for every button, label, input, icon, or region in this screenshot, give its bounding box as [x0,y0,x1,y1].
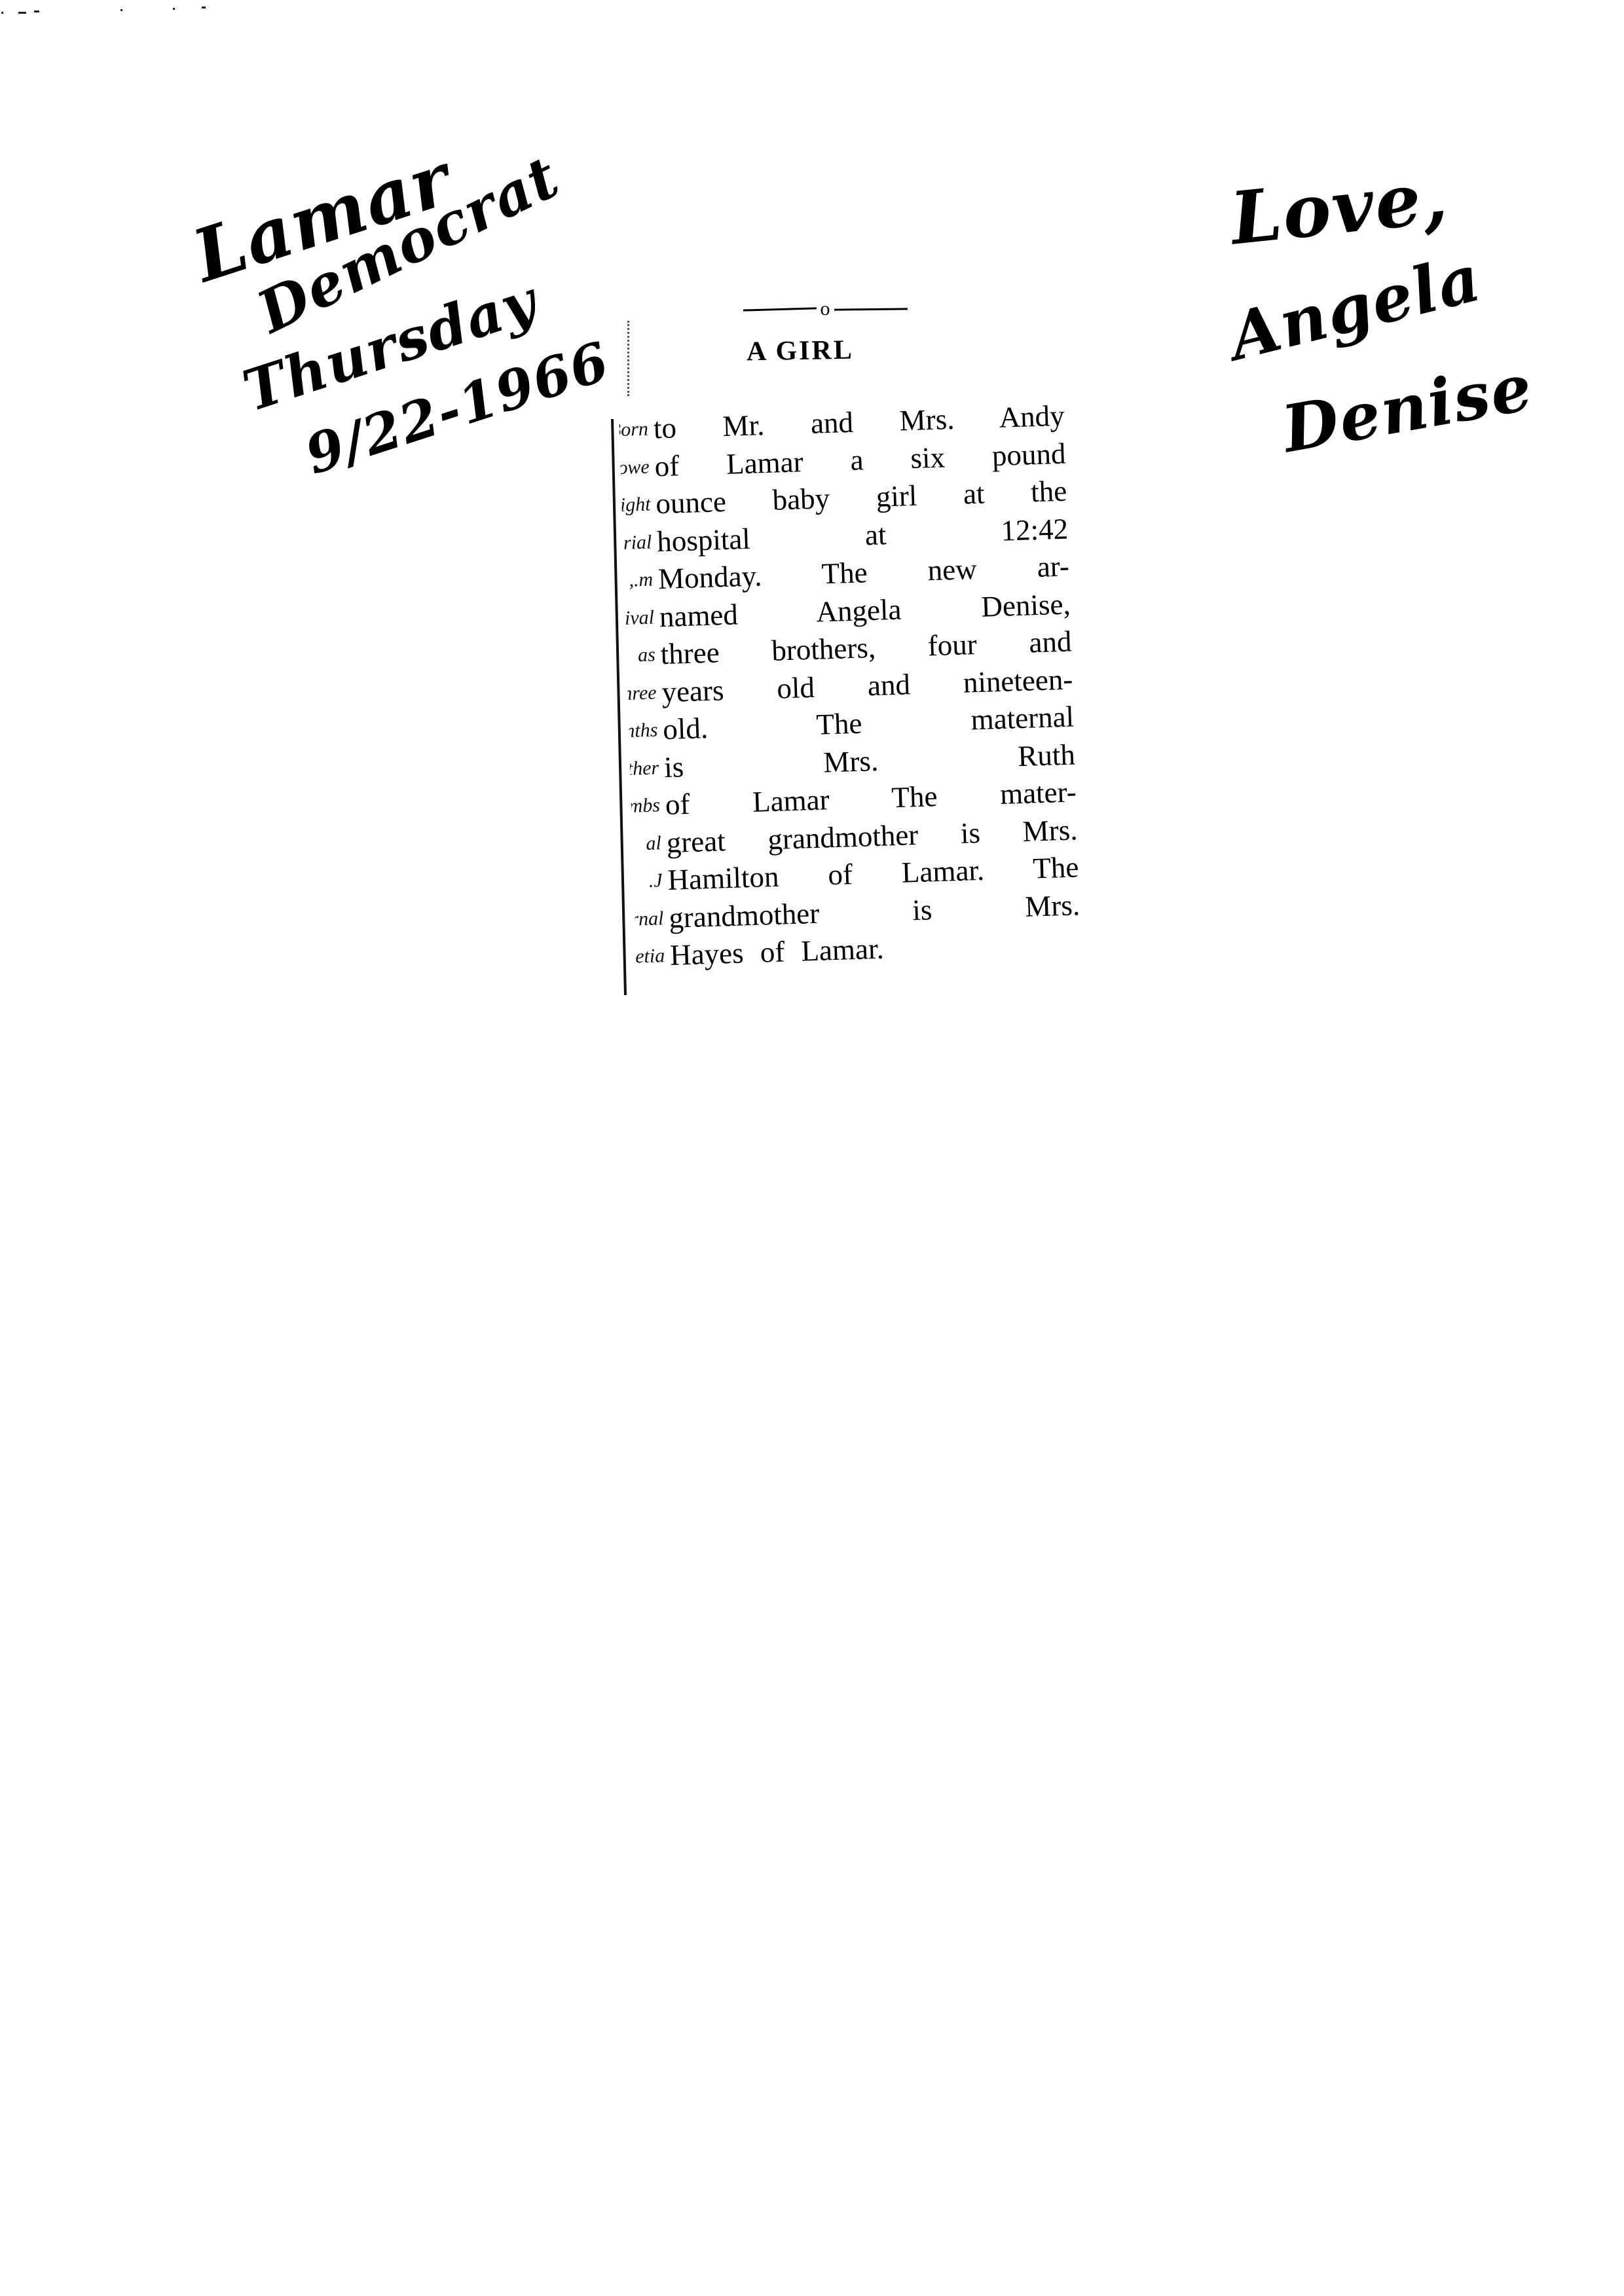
cut-off-word: ombs. [631,786,661,825]
section-divider: o [743,296,907,322]
handwritten-signature-note: Love, Angela Denise [1231,157,1519,484]
cut-off-word: ight [621,486,652,524]
clipping-cut-edge [627,321,631,396]
cut-off-word: m., [623,561,654,600]
clipping-body: Bornto Mr. and Mrs. Andyoweof Lamar a si… [619,397,1082,975]
cut-off-word: owe [620,448,650,486]
cut-off-word: randmother [629,749,659,788]
divider-rule [743,307,817,311]
handwritten-line: Love, [1227,155,1452,261]
cut-off-word: onths [628,711,658,750]
handwritten-line: Denise [1277,350,1538,467]
cut-off-word: as [626,636,656,674]
cut-off-word: hree [627,674,657,712]
clipping-headline: A GIRL [747,335,855,368]
divider-ornament: o [817,299,834,319]
cut-off-word: al [632,824,662,863]
handwritten-source-note: Lamar Democrat Thursday 9/22-1966 [196,196,550,524]
scan-artifacts [0,7,216,16]
newspaper-clipping: o A GIRL Bornto Mr. and Mrs. Andyoweof L… [606,288,1064,1002]
cut-off-word: ival, [625,598,655,637]
handwritten-line: Angela [1222,240,1488,375]
cut-off-word: J. [633,862,663,900]
cut-off-word: emorial [622,523,652,562]
divider-rule [834,308,907,310]
cut-off-word: Born [619,410,649,449]
cut-off-word: aternal [634,900,664,938]
cut-off-word: Inetia [635,937,665,975]
